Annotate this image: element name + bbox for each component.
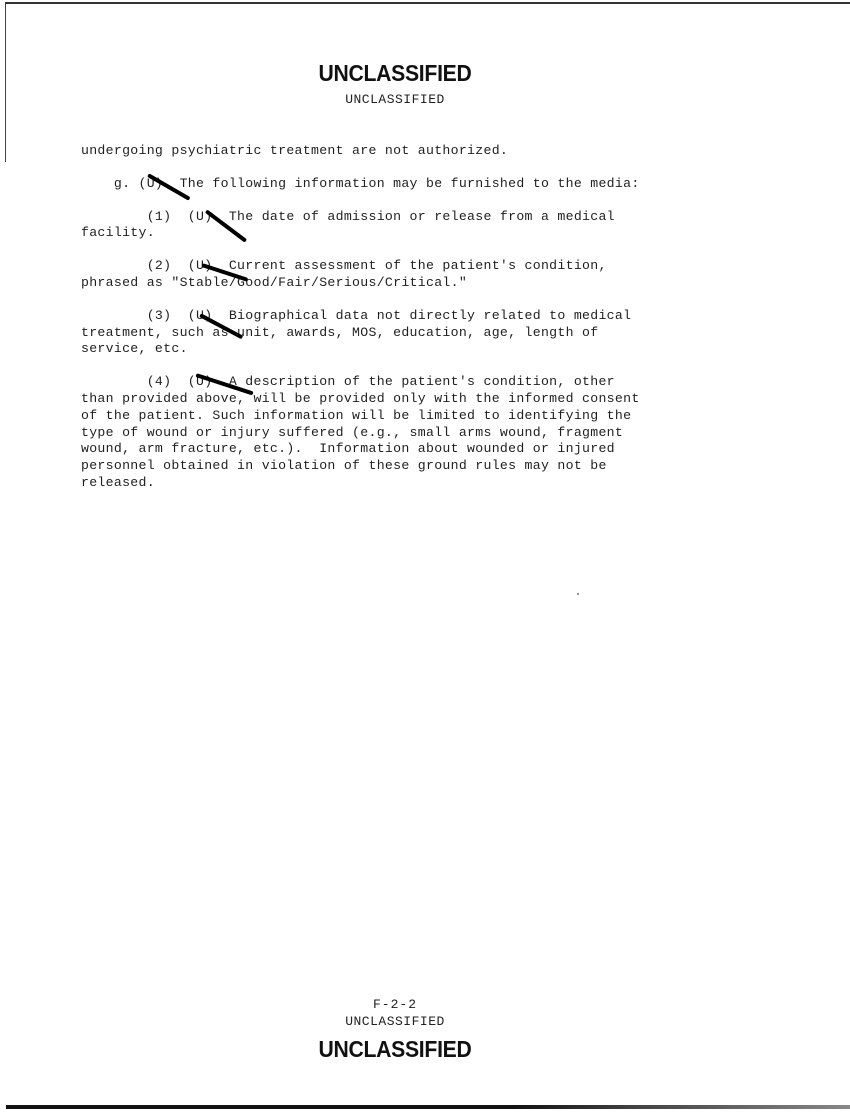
paragraph-4-line-6: personnel obtained in violation of these… (81, 458, 781, 475)
paragraph-g: g. (U) The following information may be … (81, 176, 781, 193)
paragraph-4-line-7: released. (81, 475, 781, 492)
classification-marking-top: UNCLASSIFIED (0, 92, 790, 107)
paragraph-4-line-1: (4) (U) A description of the patient's c… (81, 374, 781, 391)
paragraph-3-line-1: (3) (U) Biographical data not directly r… (81, 308, 781, 325)
paragraph-2-line-1: (2) (U) Current assessment of the patien… (81, 258, 781, 275)
paragraph-4-line-5: wound, arm fracture, etc.). Information … (81, 441, 781, 458)
intro-line: undergoing psychiatric treatment are not… (81, 143, 781, 160)
classification-banner-top: UNCLASSIFIED (32, 60, 759, 87)
page-number: F-2-2 (0, 997, 790, 1012)
page-left-border (5, 2, 6, 162)
classification-marking-bottom: UNCLASSIFIED (0, 1014, 790, 1029)
paragraph-2-line-2: phrased as "Stable/Good/Fair/Serious/Cri… (81, 275, 781, 292)
page-top-border (5, 2, 850, 4)
paragraph-4-line-2: than provided above, will be provided on… (81, 391, 781, 408)
scan-artifact (577, 593, 579, 595)
paragraph-4-line-3: of the patient. Such information will be… (81, 408, 781, 425)
paragraph-1-line-1: (1) (U) The date of admission or release… (81, 209, 781, 226)
paragraph-1-line-2: facility. (81, 225, 781, 242)
page-bottom-border (6, 1105, 850, 1109)
paragraph-4-line-4: type of wound or injury suffered (e.g., … (81, 425, 781, 442)
classification-banner-bottom: UNCLASSIFIED (32, 1036, 759, 1063)
paragraph-3-line-3: service, etc. (81, 341, 781, 358)
paragraph-3-line-2: treatment, such as unit, awards, MOS, ed… (81, 325, 781, 342)
